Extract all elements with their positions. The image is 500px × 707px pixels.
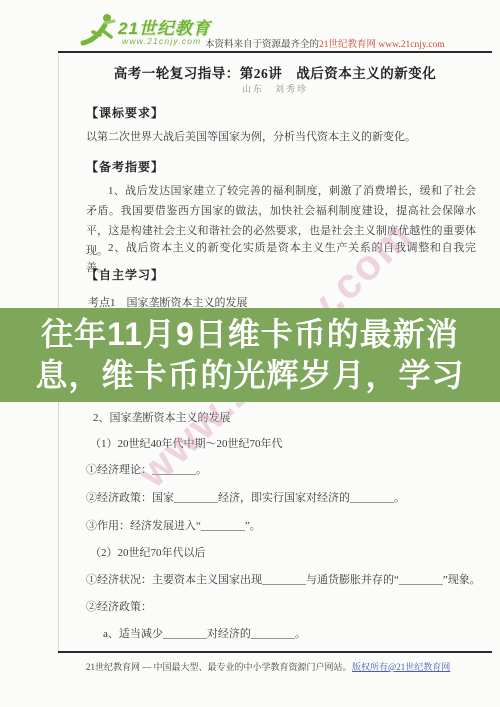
kebiao-text: 以第二次世界大战后美国等国家为例，分析当代资本主义的新变化。	[86, 130, 416, 145]
outline-line-2: （1）20世纪40年代中期～20世纪70年代	[90, 437, 283, 452]
outline-line-1: 2、国家垄断资本主义的发展	[93, 411, 231, 426]
header-tagline: 本资料来自于资源最齐全的21世纪教育网 www.21cnjy.com	[205, 36, 445, 50]
tagline-prefix: 本资料来自于资源最齐全的	[205, 40, 319, 50]
tagline-site-link[interactable]: 21世纪教育网 www.21cnjy.com	[319, 40, 445, 50]
logo-url-text: www.21cnjy.com	[122, 36, 201, 46]
scanned-document-page: 21世纪教育 www.21cnjy.com 本资料来自于资源最齐全的21世纪教育…	[0, 0, 500, 707]
author-line: 山东 刘秀珍	[58, 82, 492, 95]
fill-blank-line-3: ③作用：经济发展进入“________”。	[86, 519, 261, 534]
header-rule	[58, 51, 492, 53]
footer-rule	[58, 651, 492, 653]
fill-blank-line-2: ②经济政策：国家________经济，即实行国家对经济的________。	[86, 491, 405, 506]
section-heading-kebiao: 【课标要求】	[86, 104, 164, 121]
banner-line-2: 息，维卡币的光辉岁月，学习	[35, 355, 464, 396]
banner-line-1: 往年11月9日维卡币的最新消	[41, 314, 459, 355]
footer-copyright-link[interactable]: 版权所有@21世纪教育网	[352, 660, 450, 673]
fill-blank-line-4: ①经济状况：主要资本主义国家出现________与通货膨胀并存的“_______…	[86, 573, 481, 588]
section-heading-zizhu: 【自主学习】	[86, 266, 164, 283]
overlay-banner: 往年11月9日维卡币的最新消 息，维卡币的光辉岁月，学习	[0, 308, 500, 402]
outline-line-4: ②经济政策：	[86, 600, 152, 615]
fill-blank-line-5: a、适当减少________对经济的________。	[103, 627, 306, 642]
fill-blank-line-1: ①经济理论：________。	[86, 463, 207, 478]
footer-site-description: 21世纪教育网 — 中国最大型、最专业的中小学教育资源门户网站。	[86, 660, 352, 673]
runner-icon	[80, 10, 120, 55]
outline-line-3: （2）20世纪70年代以后	[90, 546, 206, 561]
section-heading-beikao: 【备考指要】	[86, 158, 164, 175]
page-title: 高考一轮复习指导：第26讲 战后资本主义的新变化	[58, 62, 492, 82]
